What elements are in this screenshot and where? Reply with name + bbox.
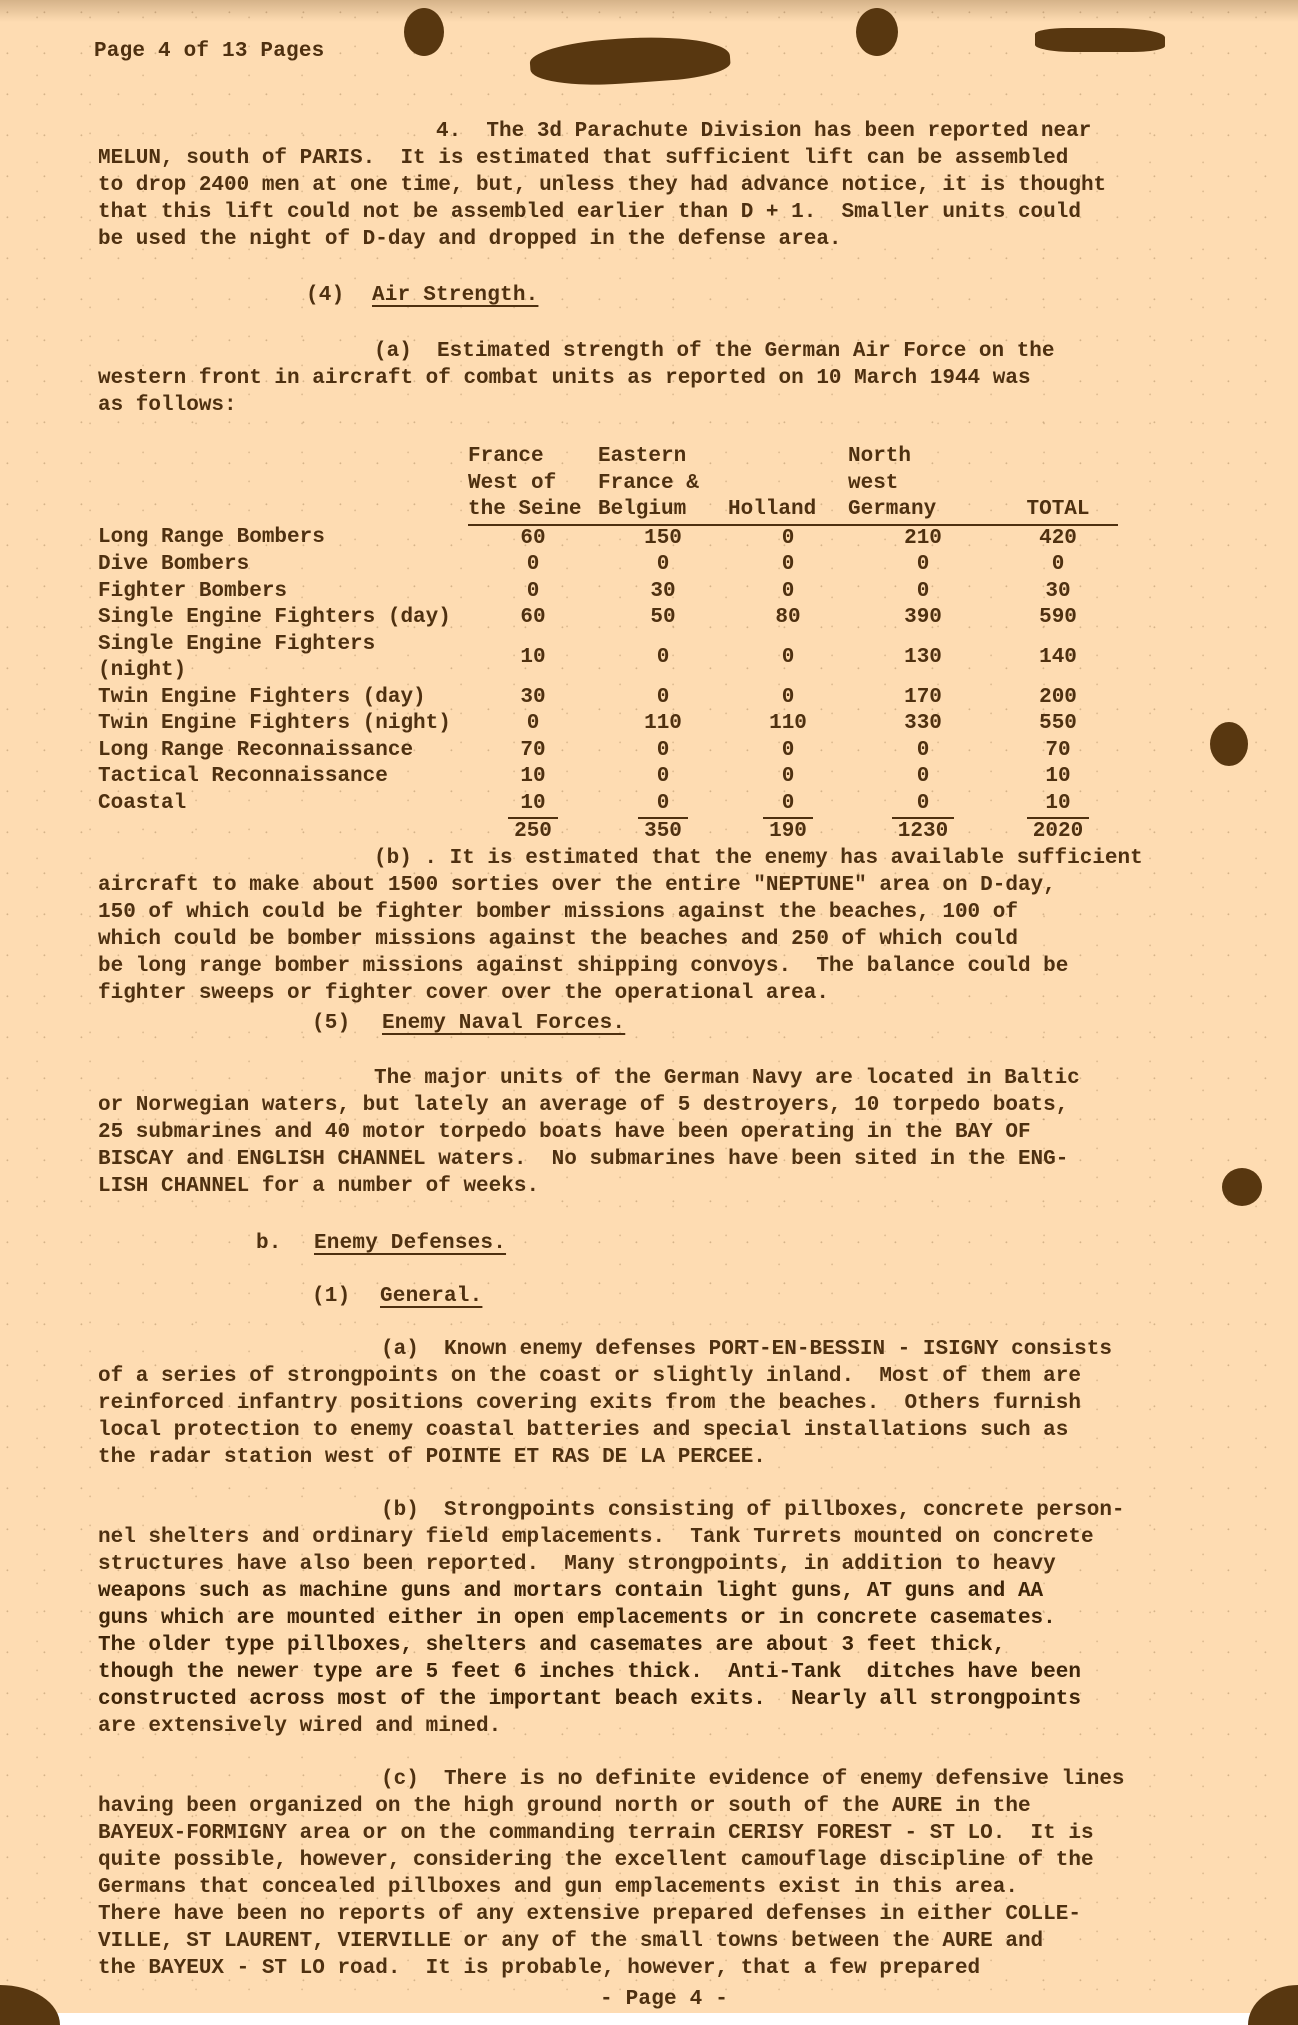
scan-edge-blot <box>1248 1985 1298 2025</box>
text-line: reinforced infantry positions covering e… <box>98 1390 1198 1417</box>
table-cell: 150 <box>598 525 728 553</box>
table-column-header: west <box>848 471 998 498</box>
text-line: fighter sweeps or fighter cover over the… <box>98 980 1198 1007</box>
redaction-blot <box>1035 28 1165 52</box>
table-cell: 0 <box>598 552 728 579</box>
table-total-cell: 1230 <box>848 817 998 846</box>
scan-noise <box>0 0 1298 22</box>
table-cell: 0 <box>598 738 728 765</box>
table-cell: 200 <box>998 685 1118 712</box>
air-strength-table: FranceEasternNorthWest ofFrance &westthe… <box>98 444 1118 846</box>
section-number: (4) <box>306 282 344 309</box>
text-line: (a) Known enemy defenses PORT-EN-BESSIN … <box>98 1336 1198 1363</box>
text-line: (b) Strongpoints consisting of pillboxes… <box>98 1497 1198 1524</box>
punch-hole <box>1222 1168 1262 1206</box>
table-cell: 210 <box>848 525 998 553</box>
table-cell: 0 <box>468 579 598 606</box>
table-cell: 0 <box>598 791 728 818</box>
text-line: nel shelters and ordinary field emplacem… <box>98 1524 1198 1551</box>
row-label: Long Range Reconnaissance <box>98 738 468 765</box>
table-column-header: West of <box>468 471 598 498</box>
text-line: 4. The 3d Parachute Division has been re… <box>98 118 1198 145</box>
text-line: which could be bomber missions against t… <box>98 926 1198 953</box>
row-label: Twin Engine Fighters (night) <box>98 711 468 738</box>
table-header-row: West ofFrance &west <box>98 471 1118 498</box>
naval-paragraph: The major units of the German Navy are l… <box>98 1065 1198 1200</box>
table-cell: 0 <box>598 764 728 791</box>
table-cell: 110 <box>728 711 848 738</box>
text-line: VILLE, ST LAURENT, VIERVILLE or any of t… <box>98 1928 1198 1955</box>
text-line: The older type pillboxes, shelters and c… <box>98 1632 1198 1659</box>
table-row: Dive Bombers00000 <box>98 552 1118 579</box>
text-line: 25 submarines and 40 motor torpedo boats… <box>98 1119 1198 1146</box>
section-title-naval: Enemy Naval Forces. <box>382 1010 625 1037</box>
text-line: BAYEUX-FORMIGNY area or on the commandin… <box>98 1820 1198 1847</box>
table-header-spacer <box>98 497 468 525</box>
section-number: (1) <box>312 1283 350 1310</box>
text-line: quite possible, however, considering the… <box>98 1847 1198 1874</box>
text-line: Germans that concealed pillboxes and gun… <box>98 1874 1198 1901</box>
row-label: Single Engine Fighters (day) <box>98 605 468 632</box>
table-cell: 10 <box>998 791 1118 818</box>
page-footer: - Page 4 - <box>600 1986 728 2013</box>
text-line: BISCAY and ENGLISH CHANNEL waters. No su… <box>98 1146 1198 1173</box>
table-column-header: TOTAL <box>998 497 1118 525</box>
section-letter: b. <box>256 1230 282 1257</box>
table-cell: 0 <box>728 685 848 712</box>
table-cell: 170 <box>848 685 998 712</box>
text-line: are extensively wired and mined. <box>98 1713 1198 1740</box>
scan-edge-blot <box>0 1985 60 2025</box>
table-cell: 110 <box>598 711 728 738</box>
table-totals-row: 25035019012302020 <box>98 817 1118 846</box>
text-line: that this lift could not be assembled ea… <box>98 199 1198 226</box>
text-line: (a) Estimated strength of the German Air… <box>98 338 1198 365</box>
table-cell: 0 <box>728 764 848 791</box>
defenses-c: (c) There is no definite evidence of ene… <box>98 1766 1198 1982</box>
text-line: as follows: <box>98 392 1198 419</box>
table-column-header: North <box>848 444 998 471</box>
section-title-air-strength: Air Strength. <box>372 282 538 309</box>
table-cell: 390 <box>848 605 998 632</box>
table-total-cell: 190 <box>728 817 848 846</box>
text-line: MELUN, south of PARIS. It is estimated t… <box>98 145 1198 172</box>
table-row: Single Engine Fighters (night)1000130140 <box>98 632 1118 685</box>
defenses-b: (b) Strongpoints consisting of pillboxes… <box>98 1497 1198 1740</box>
table-column-header: the Seine <box>468 497 598 525</box>
table-column-header: Eastern <box>598 444 728 471</box>
table-cell: 0 <box>468 711 598 738</box>
table-cell: 0 <box>728 579 848 606</box>
punch-hole <box>856 8 898 56</box>
text-line: be used the night of D-day and dropped i… <box>98 226 1198 253</box>
text-line: (c) There is no definite evidence of ene… <box>98 1766 1198 1793</box>
table-cell: 30 <box>468 685 598 712</box>
text-line: (b) . It is estimated that the enemy has… <box>98 845 1198 872</box>
table-header-spacer <box>98 471 468 498</box>
table-cell: 60 <box>468 605 598 632</box>
table-cell: 0 <box>728 552 848 579</box>
table-row: Tactical Reconnaissance1000010 <box>98 764 1118 791</box>
row-label: Long Range Bombers <box>98 525 468 553</box>
table-cell: 590 <box>998 605 1118 632</box>
air-strength-a: (a) Estimated strength of the German Air… <box>98 338 1198 419</box>
table-column-header: France <box>468 444 598 471</box>
text-line: the BAYEUX - ST LO road. It is probable,… <box>98 1955 1198 1982</box>
text-line: or Norwegian waters, but lately an avera… <box>98 1092 1198 1119</box>
table-column-header <box>728 471 848 498</box>
table-column-header <box>728 444 848 471</box>
table-column-header: Germany <box>848 497 998 525</box>
punch-hole <box>1210 722 1248 766</box>
paragraph-4: 4. The 3d Parachute Division has been re… <box>98 118 1198 253</box>
table-header-spacer <box>98 444 468 471</box>
text-line: the radar station west of POINTE ET RAS … <box>98 1444 1198 1471</box>
table-cell: 70 <box>468 738 598 765</box>
table-cell: 0 <box>598 685 728 712</box>
scan-edge <box>0 2013 1298 2025</box>
text-line: aircraft to make about 1500 sorties over… <box>98 872 1198 899</box>
table-cell: 0 <box>598 632 728 685</box>
table-total-cell: 350 <box>598 817 728 846</box>
table-column-header: France & <box>598 471 728 498</box>
text-line: having been organized on the high ground… <box>98 1793 1198 1820</box>
table-cell: 130 <box>848 632 998 685</box>
table-row: Single Engine Fighters (day)605080390590 <box>98 605 1118 632</box>
section-number: (5) <box>312 1010 350 1037</box>
text-line: There have been no reports of any extens… <box>98 1901 1198 1928</box>
table-total-cell: 250 <box>468 817 598 846</box>
text-line: 150 of which could be fighter bomber mis… <box>98 899 1198 926</box>
table-cell: 10 <box>468 632 598 685</box>
table-cell: 0 <box>998 552 1118 579</box>
table-cell: 30 <box>598 579 728 606</box>
table-cell: 550 <box>998 711 1118 738</box>
table-column-header <box>998 444 1118 471</box>
row-label: Dive Bombers <box>98 552 468 579</box>
text-line: The major units of the German Navy are l… <box>98 1065 1198 1092</box>
table-column-header <box>998 471 1118 498</box>
row-label: Tactical Reconnaissance <box>98 764 468 791</box>
table-cell: 0 <box>728 738 848 765</box>
table-cell: 50 <box>598 605 728 632</box>
text-line: be long range bomber missions against sh… <box>98 953 1198 980</box>
document-page: Page 4 of 13 Pages 4. The 3d Parachute D… <box>0 0 1298 2025</box>
table-cell: 80 <box>728 605 848 632</box>
row-label: Fighter Bombers <box>98 579 468 606</box>
table-row: Twin Engine Fighters (night)011011033055… <box>98 711 1118 738</box>
table-cell: 0 <box>728 632 848 685</box>
text-line: of a series of strongpoints on the coast… <box>98 1363 1198 1390</box>
table-cell: 70 <box>998 738 1118 765</box>
table-cell: 0 <box>848 791 998 818</box>
table-header-row: the SeineBelgiumHollandGermanyTOTAL <box>98 497 1118 525</box>
table-cell: 0 <box>728 791 848 818</box>
section-title-general: General. <box>380 1283 482 1310</box>
table-total-cell: 2020 <box>998 817 1118 846</box>
table-cell: 0 <box>728 525 848 553</box>
redaction-blot <box>529 31 732 90</box>
table-cell: 10 <box>468 791 598 818</box>
text-line: guns which are mounted either in open em… <box>98 1605 1198 1632</box>
table-row: Long Range Reconnaissance7000070 <box>98 738 1118 765</box>
row-label: Twin Engine Fighters (day) <box>98 685 468 712</box>
punch-hole <box>404 8 444 56</box>
text-line: western front in aircraft of combat unit… <box>98 365 1198 392</box>
text-line: constructed across most of the important… <box>98 1686 1198 1713</box>
table-column-header: Belgium <box>598 497 728 525</box>
table-cell: 0 <box>468 552 598 579</box>
table-cell: 0 <box>848 579 998 606</box>
text-line: to drop 2400 men at one time, but, unles… <box>98 172 1198 199</box>
row-label: Coastal <box>98 791 468 818</box>
totals-spacer <box>98 817 468 846</box>
page-indicator: Page 4 of 13 Pages <box>94 38 324 65</box>
table-column-header: Holland <box>728 497 848 525</box>
table-row: Twin Engine Fighters (day)3000170200 <box>98 685 1118 712</box>
table-cell: 30 <box>998 579 1118 606</box>
table-cell: 0 <box>848 552 998 579</box>
text-line: local protection to enemy coastal batter… <box>98 1417 1198 1444</box>
table-cell: 10 <box>468 764 598 791</box>
table-cell: 330 <box>848 711 998 738</box>
table-cell: 10 <box>998 764 1118 791</box>
row-label: Single Engine Fighters (night) <box>98 632 468 685</box>
text-line: structures have also been reported. Many… <box>98 1551 1198 1578</box>
section-title-defenses: Enemy Defenses. <box>314 1230 506 1257</box>
table-row: Long Range Bombers601500210420 <box>98 525 1118 553</box>
defenses-a: (a) Known enemy defenses PORT-EN-BESSIN … <box>98 1336 1198 1471</box>
table-cell: 420 <box>998 525 1118 553</box>
table-cell: 60 <box>468 525 598 553</box>
table-row: Fighter Bombers0300030 <box>98 579 1118 606</box>
table-row: Coastal1000010 <box>98 791 1118 818</box>
table-cell: 0 <box>848 764 998 791</box>
table-cell: 0 <box>848 738 998 765</box>
table-header-row: FranceEasternNorth <box>98 444 1118 471</box>
air-strength-b: (b) . It is estimated that the enemy has… <box>98 845 1198 1007</box>
text-line: weapons such as machine guns and mortars… <box>98 1578 1198 1605</box>
text-line: though the newer type are 5 feet 6 inche… <box>98 1659 1198 1686</box>
table-cell: 140 <box>998 632 1118 685</box>
text-line: LISH CHANNEL for a number of weeks. <box>98 1173 1198 1200</box>
